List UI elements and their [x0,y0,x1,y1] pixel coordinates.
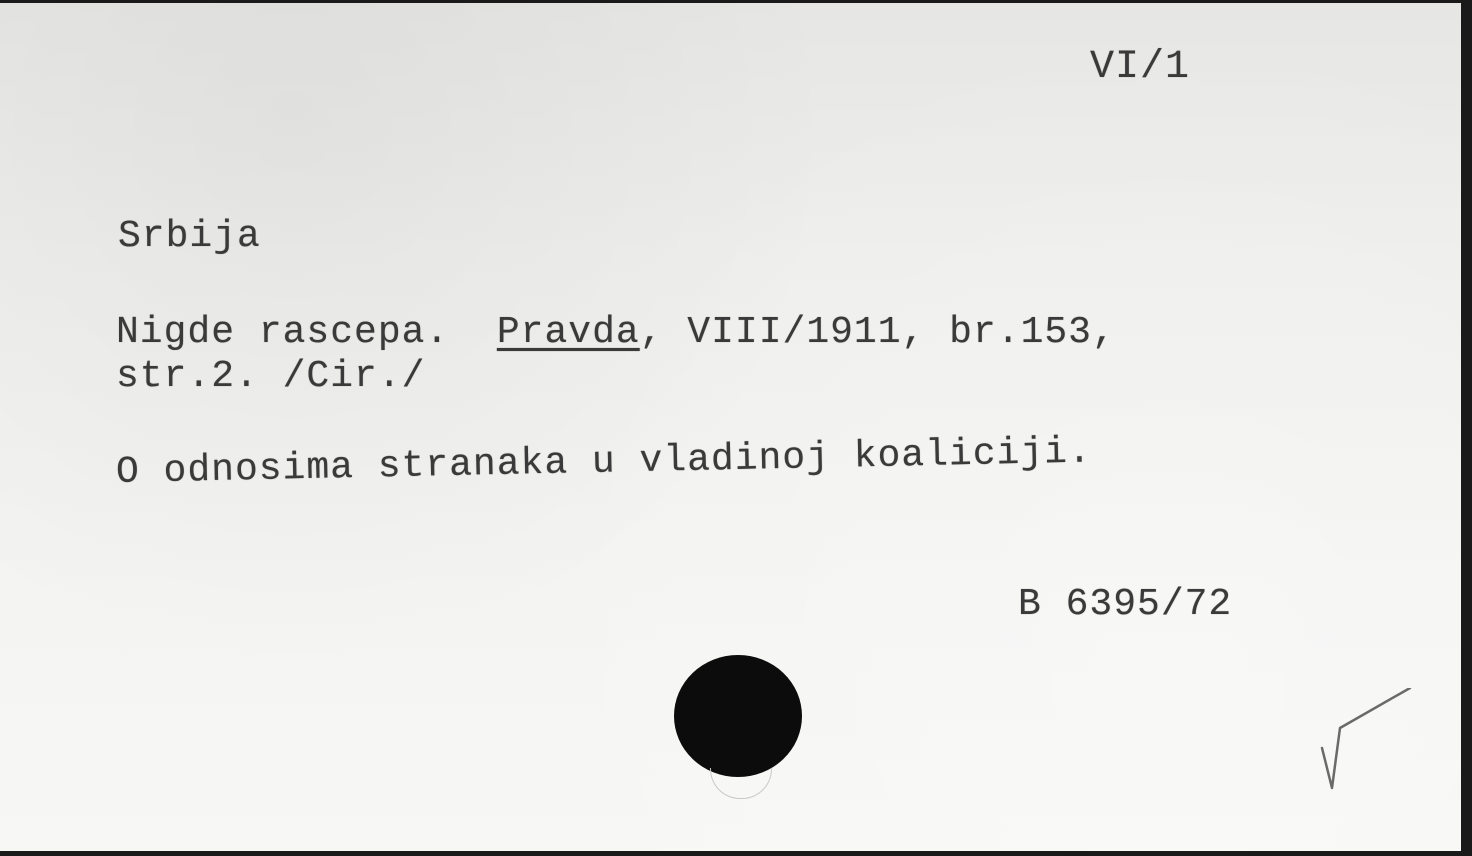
subject-heading: Srbija [118,215,261,258]
inventory-number: B 6395/72 [1018,583,1232,626]
article-title: Nigde rascepa. [116,311,449,354]
call-number: VI/1 [1090,45,1190,90]
source-issue: , VIII/1911, br.153, [640,311,1116,354]
citation-line-1: Nigde rascepa. Pravda, VIII/1911, br.153… [116,311,1116,354]
summary: O odnosima stranaka u vladinoj koaliciji… [116,431,1093,494]
punch-tear-mark [710,768,772,799]
catalog-card: VI/1 Srbija Nigde rascepa. Pravda, VIII/… [0,3,1461,851]
check-mark-icon [1320,688,1420,798]
source-publication: Pravda [497,311,640,354]
page-and-script: str.2. /Cir./ [116,355,425,398]
punch-hole-icon [674,655,802,777]
